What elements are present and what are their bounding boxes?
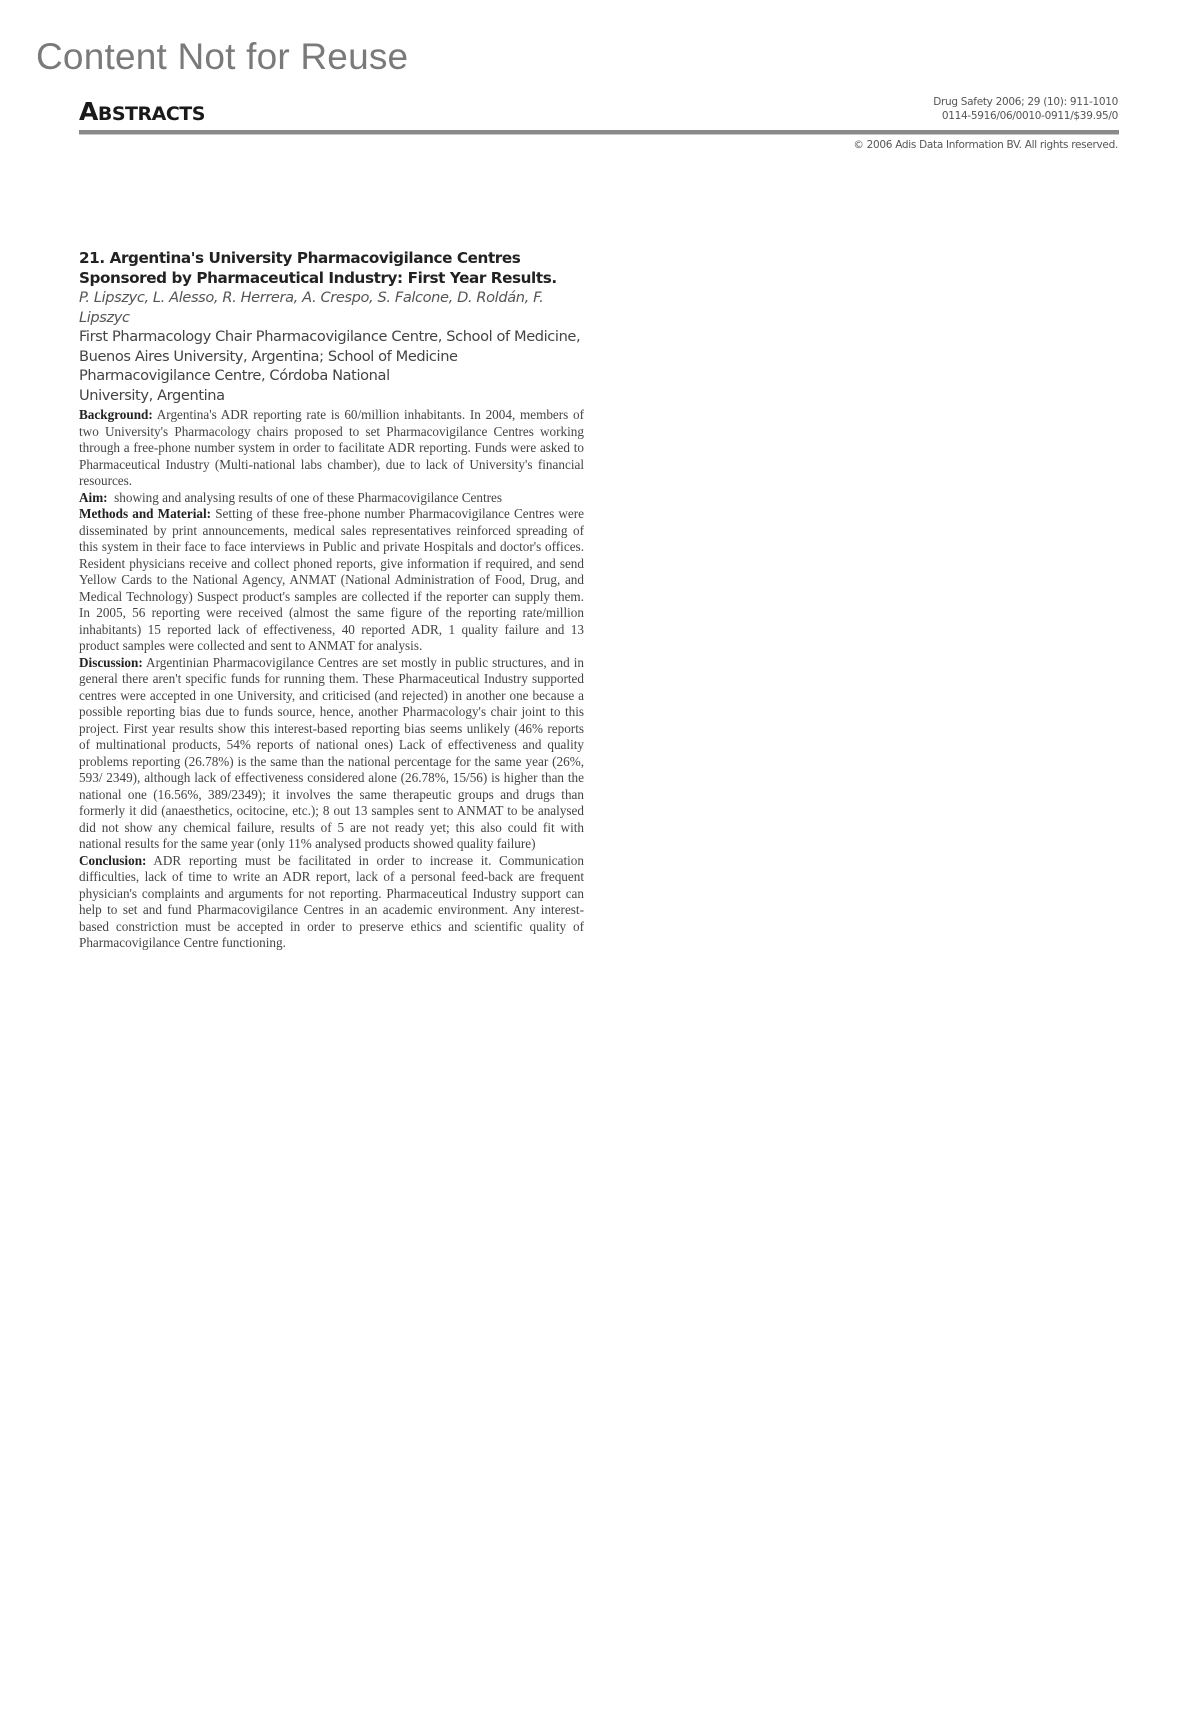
section-title-rest: BSTRACTS — [98, 103, 205, 125]
section-label: Discussion: — [79, 655, 143, 670]
abstract-authors: P. Lipszyc, L. Alesso, R. Herrera, A. Cr… — [79, 288, 584, 327]
section-discussion: Discussion: Argentinian Pharmacovigilanc… — [79, 655, 584, 853]
section-label: Methods and Material: — [79, 506, 211, 521]
affiliation-line-2: University, Argentina — [79, 387, 225, 404]
section-conclusion: Conclusion: ADR reporting must be facili… — [79, 853, 584, 952]
section-aim: Aim: showing and analysing results of on… — [79, 490, 584, 507]
section-title: ABSTRACTS — [79, 97, 205, 126]
section-label: Conclusion: — [79, 853, 146, 868]
section-label: Aim: — [79, 490, 108, 505]
section-label: Background: — [79, 407, 153, 422]
section-methods: Methods and Material: Setting of these f… — [79, 506, 584, 655]
section-text: Argentinian Pharmacovigilance Centres ar… — [79, 655, 584, 852]
section-text: ADR reporting must be facilitated in ord… — [79, 853, 584, 951]
section-background: Background: Argentina's ADR reporting ra… — [79, 407, 584, 490]
journal-citation: Drug Safety 2006; 29 (10): 911-1010 0114… — [933, 95, 1118, 123]
section-text: Argentina's ADR reporting rate is 60/mil… — [79, 407, 584, 488]
issn-line: 0114-5916/06/0010-0911/$39.95/0 — [933, 109, 1118, 123]
section-title-initial: A — [79, 97, 98, 126]
abstract-title: 21. Argentina's University Pharmacovigil… — [79, 249, 584, 288]
section-text: showing and analysing results of one of … — [108, 490, 502, 505]
header-divider — [79, 130, 1119, 135]
abstract-affiliation: First Pharmacology Chair Pharmacovigilan… — [79, 327, 584, 405]
journal-line: Drug Safety 2006; 29 (10): 911-1010 — [933, 95, 1118, 109]
copyright-notice: © 2006 Adis Data Information BV. All rig… — [853, 139, 1118, 151]
section-text: Setting of these free-phone number Pharm… — [79, 506, 584, 653]
watermark-text: Content Not for Reuse — [36, 36, 408, 78]
abstract-block: 21. Argentina's University Pharmacovigil… — [79, 249, 584, 952]
affiliation-line-1: First Pharmacology Chair Pharmacovigilan… — [79, 328, 580, 384]
